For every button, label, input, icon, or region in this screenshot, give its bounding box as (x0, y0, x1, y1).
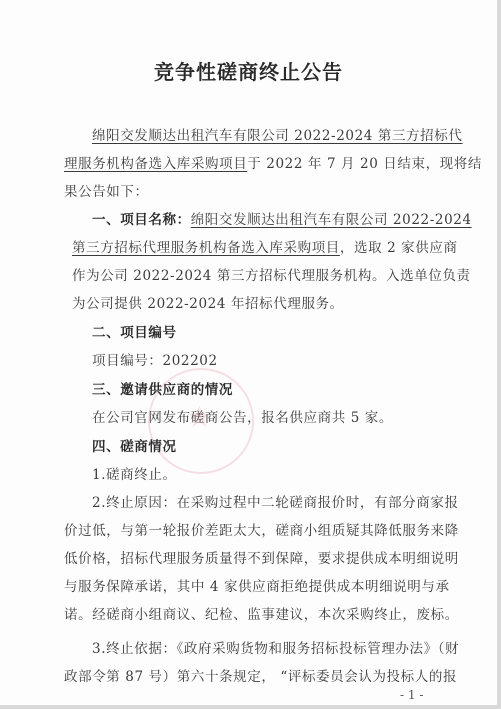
project-name-underlined-cont: 理服务机构备选入库采购项目 (64, 156, 247, 172)
section1-project-name: 绵阳交发顺达出租汽车有限公司 2022-2024 (191, 212, 472, 228)
section3-body: 在公司官网发布磋商公告，报名供应商共 5 家。 (92, 406, 393, 426)
section1-project-name-cont: 第三方招标代理服务机构备选入库采购项目 (72, 240, 340, 256)
intro-line-1: 绵阳交发顺达出租汽车有限公司 2022-2024 第三方招标代 (92, 124, 462, 144)
intro-line-2: 理服务机构备选入库采购项目于 2022 年 7 月 20 日结束，现将结 (64, 152, 482, 172)
section4-item-2-line-4: 与服务保障承诺，其中 4 家供应商拒绝提供成本明细说明与承 (64, 575, 450, 595)
document-page: 竞争性磋商终止公告 绵阳交发顺达出租汽车有限公司 2022-2024 第三方招标… (0, 0, 497, 705)
section4-item-2-line-2: 价过低，与第一轮报价差距太大，磋商小组质疑其降低服务来降 (64, 519, 459, 539)
section4-item-1: 1.磋商终止。 (92, 463, 177, 483)
section2-heading: 二、项目编号 (92, 321, 177, 341)
section4-item-2-line-3: 低价格，招标代理服务质量得不到保障，要求提供成本明细说明 (64, 547, 459, 567)
section1-line-1: 一、项目名称：绵阳交发顺达出租汽车有限公司 2022-2024 (92, 208, 472, 228)
project-number: 项目编号：202202 (92, 349, 218, 369)
section4-item-2-line-1: 2.终止原因：在采购过程中二轮磋商报价时，有部分商家报 (92, 491, 459, 511)
section1-line-2: 第三方招标代理服务机构备选入库采购项目，选取 2 家供应商 (72, 236, 458, 256)
section3-heading: 三、邀请供应商的情况 (92, 378, 233, 398)
page-number: - 1 - (400, 688, 423, 702)
section4-heading: 四、磋商情况 (92, 435, 177, 455)
project-name-underlined: 绵阳交发顺达出租汽车有限公司 2022-2024 第三方招标代 (92, 128, 462, 144)
section1-line-4: 为公司提供 2022-2024 年招标代理服务。 (72, 292, 344, 312)
section4-item-3-line-1: 3.终止依据：《政府采购货物和服务招标投标管理办法》（财 (92, 637, 459, 657)
section4-item-2-line-5: 诺。经磋商小组商议、纪检、监事建议，本次采购终止，废标。 (64, 603, 459, 623)
intro-text: 于 2022 年 7 月 20 日结束，现将结 (247, 156, 482, 172)
section1-heading: 一、项目名称： (92, 212, 191, 228)
intro-line-3: 果公告如下： (64, 180, 149, 200)
section1-text: ，选取 2 家供应商 (340, 240, 458, 256)
document-title: 竞争性磋商终止公告 (0, 56, 497, 85)
section4-item-3-line-2: 政部令第 87 号）第六十条规定， “评标委员会认为投标人的报 (64, 665, 457, 685)
section1-line-3: 作为公司 2022-2024 第三方招标代理服务机构。入选单位负责 (72, 264, 471, 284)
